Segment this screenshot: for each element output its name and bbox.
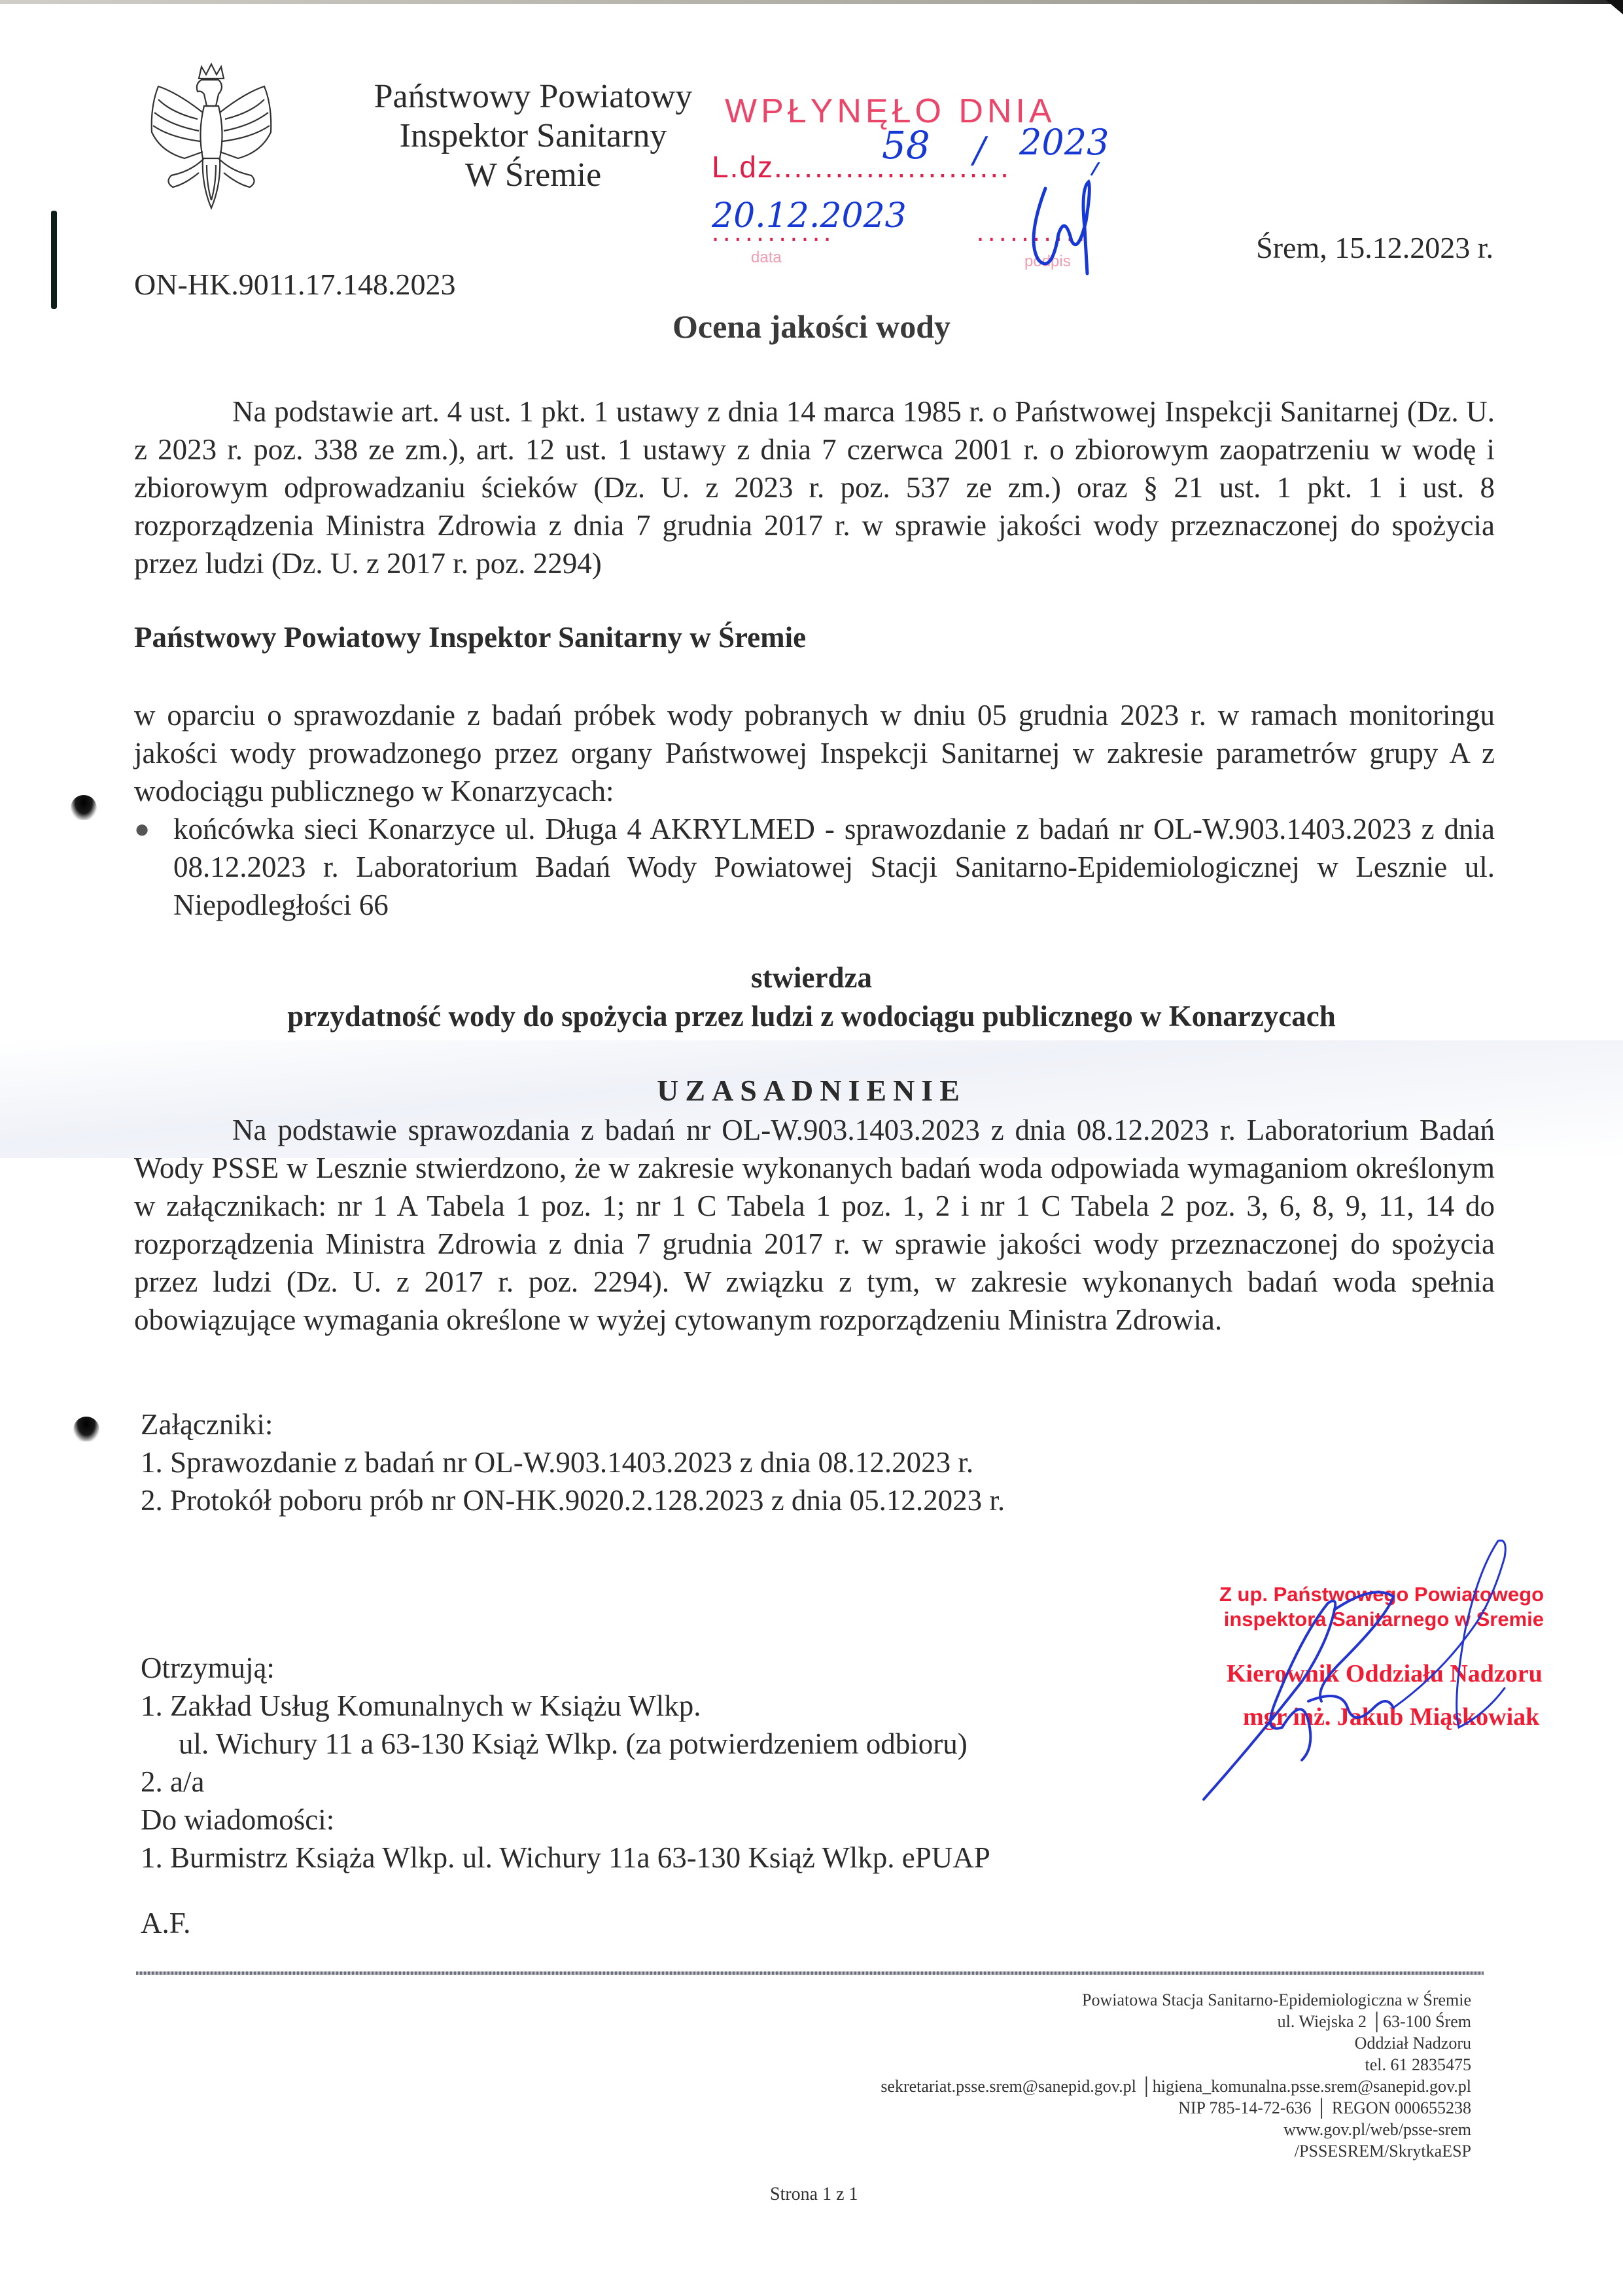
footer-line: sekretariat.psse.srem@sanepid.gov.pl │hi…	[881, 2075, 1471, 2097]
cc-item: 1. Burmistrz Książa Wlkp. ul. Wichury 11…	[141, 1839, 990, 1877]
issuer-header: Państwowy Powiatowy Inspektor Sanitarny …	[366, 77, 700, 195]
recipients-heading: Otrzymują:	[141, 1649, 990, 1687]
justification-paragraph: Na podstawie sprawozdania z badań nr OL-…	[134, 1111, 1495, 1339]
punch-hole-mark	[73, 1417, 99, 1441]
authority-name: Państwowy Powiatowy Inspektor Sanitarny …	[134, 620, 806, 654]
page-number: Strona 1 z 1	[770, 2184, 858, 2205]
punch-hole-mark	[71, 795, 97, 820]
issuer-line: Inspektor Sanitarny	[366, 116, 700, 156]
received-stamp: WPŁYNĘŁO DNIA L.dz......................…	[712, 84, 1170, 274]
basis-intro-paragraph: w oparciu o sprawozdanie z badań próbek …	[134, 696, 1495, 810]
institution-footer: Powiatowa Stacja Sanitarno-Epidemiologic…	[881, 1989, 1471, 2162]
decision-statement: przydatność wody do spożycia przez ludzi…	[0, 999, 1623, 1033]
stamp-ldz-label: L.dz.	[712, 150, 784, 184]
footer-line: www.gov.pl/web/psse-srem	[881, 2119, 1471, 2140]
author-initials: A.F.	[141, 1904, 190, 1942]
stamp-ldz-number: 58	[882, 123, 930, 168]
attachments-section: Załączniki: 1. Sprawozdanie z badań nr O…	[141, 1405, 1005, 1519]
footer-line: Oddział Nadzoru	[881, 2032, 1471, 2054]
issuer-line: W Śremie	[366, 156, 700, 195]
attachment-item: 1. Sprawozdanie z badań nr OL-W.903.1403…	[141, 1443, 1005, 1481]
sampling-point-text: końcówka sieci Konarzyce ul. Długa 4 AKR…	[173, 810, 1495, 924]
sampling-points-list: ● końcówka sieci Konarzyce ul. Długa 4 A…	[134, 810, 1495, 924]
cc-heading: Do wiadomości:	[141, 1801, 990, 1839]
footer-line: /PSSESREM/SkrytkaESP	[881, 2140, 1471, 2162]
attachments-heading: Załączniki:	[141, 1405, 1005, 1443]
margin-mark	[51, 211, 57, 309]
list-item: ● końcówka sieci Konarzyce ul. Długa 4 A…	[134, 810, 1495, 924]
issuer-line: Państwowy Powiatowy	[366, 77, 700, 116]
recipients-section: Otrzymują: 1. Zakład Usług Komunalnych w…	[141, 1649, 990, 1877]
reference-number: ON-HK.9011.17.148.2023	[134, 267, 456, 302]
stamp-signature-scribble-icon	[1000, 162, 1104, 280]
recipient-item: 1. Zakład Usług Komunalnych w Książu Wlk…	[141, 1687, 990, 1725]
stamp-ldz-separator: /	[973, 130, 985, 171]
decision-verb: stwierdza	[0, 961, 1623, 995]
footer-line: ul. Wiejska 2 │63-100 Śrem	[881, 2011, 1471, 2032]
attachment-item: 2. Protokół poboru prób nr ON-HK.9020.2.…	[141, 1481, 1005, 1519]
place-and-date: Śrem, 15.12.2023 r.	[1256, 230, 1493, 265]
stamp-ldz-year: 2023	[1019, 122, 1109, 163]
legal-basis-paragraph: Na podstawie art. 4 ust. 1 pkt. 1 ustawy…	[134, 393, 1495, 582]
stamp-ldz-line: L.dz.......................	[712, 149, 1011, 185]
bullet-icon: ●	[134, 810, 173, 924]
footer-line: NIP 785-14-72-636 │ REGON 000655238	[881, 2097, 1471, 2119]
polish-eagle-emblem-icon	[139, 60, 284, 212]
footer-line: Powiatowa Stacja Sanitarno-Epidemiologic…	[881, 1989, 1471, 2011]
footer-line: tel. 61 2835475	[881, 2054, 1471, 2075]
recipient-address: ul. Wichury 11 a 63-130 Książ Wlkp. (za …	[141, 1725, 990, 1763]
footer-separator	[136, 1971, 1484, 1975]
stamp-date-dots: ...........	[712, 218, 835, 247]
handwritten-signature-icon	[1178, 1531, 1557, 1819]
scan-top-edge	[0, 0, 1623, 4]
justification-heading: UZASADNIENIE	[0, 1073, 1623, 1108]
recipient-item: 2. a/a	[141, 1763, 990, 1801]
document-title: Ocena jakości wody	[0, 308, 1623, 345]
stamp-date-caption: data	[751, 249, 782, 267]
